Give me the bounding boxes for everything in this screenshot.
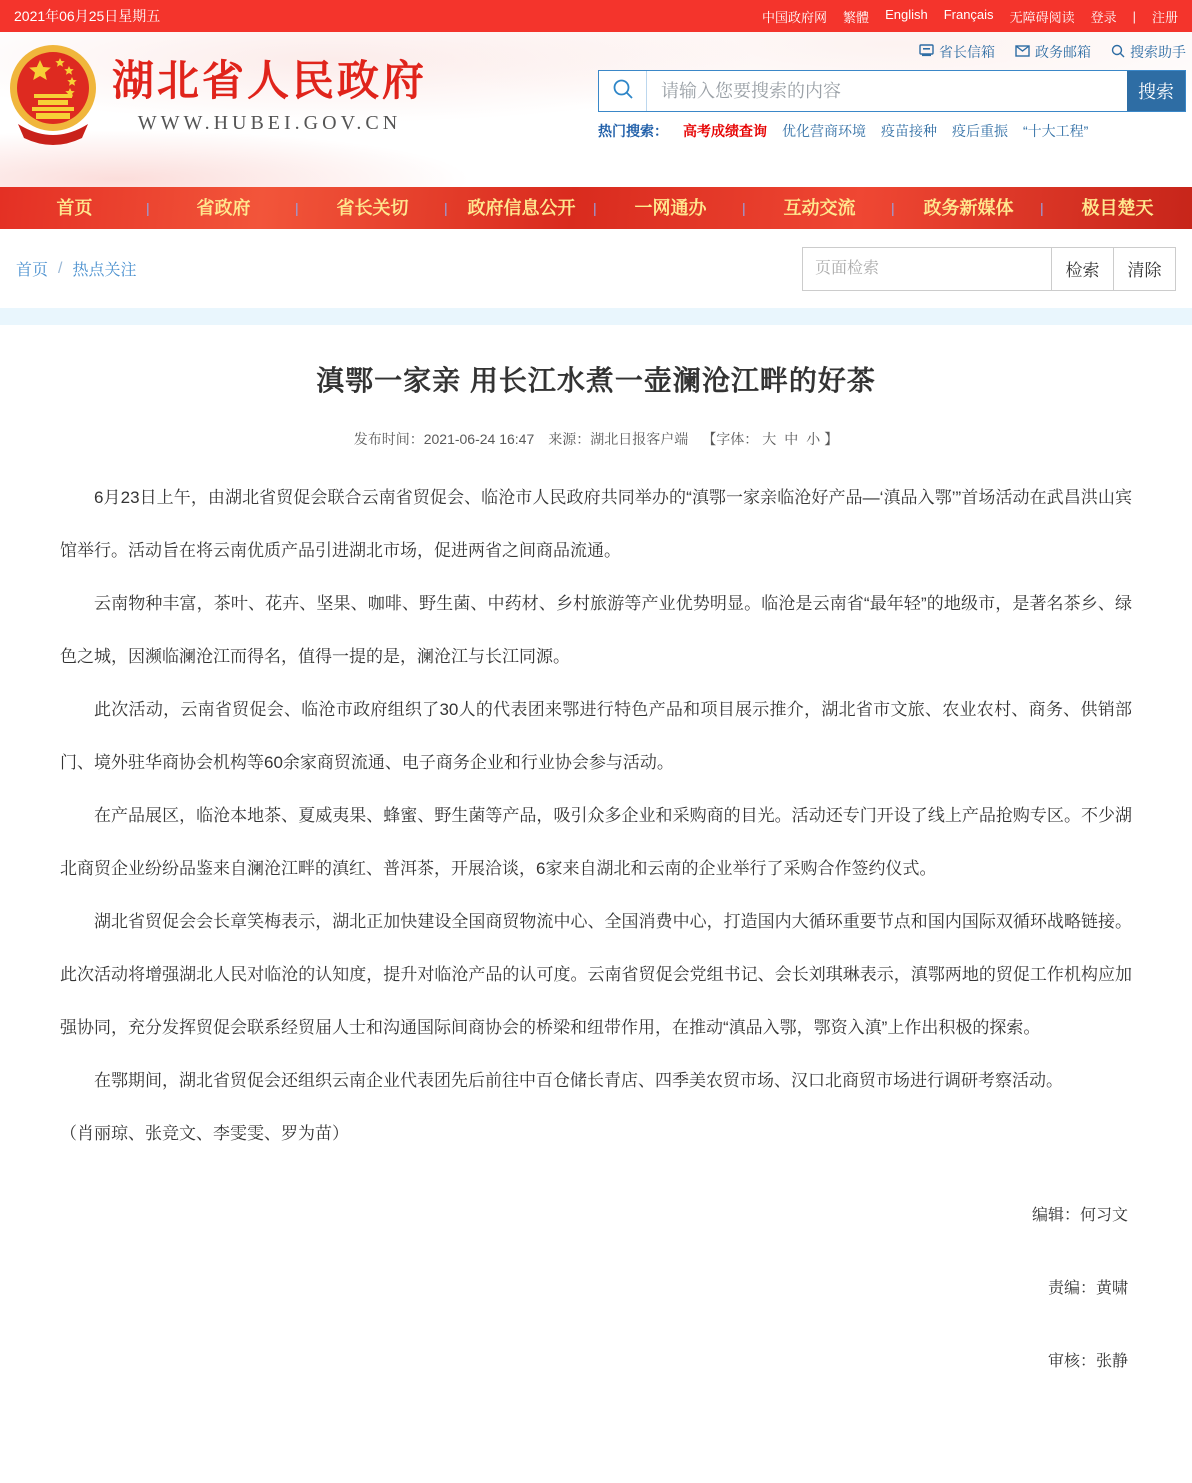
article-paragraph: 在产品展区，临沧本地茶、夏威夷果、蜂蜜、野生菌等产品，吸引众多企业和采购商的目光…: [60, 789, 1132, 895]
main-nav: 首页省政府省长关切政府信息公开一网通办互动交流政务新媒体极目楚天: [0, 187, 1192, 229]
hot-search-links: 优化营商环境疫苗接种疫后重振“十大工程”: [782, 121, 1088, 141]
page-search: 检索 清除: [802, 247, 1176, 291]
nav-item[interactable]: 一网通办: [596, 187, 745, 229]
site-ident: 湖北省人民政府 WWW.HUBEI.GOV.CN: [112, 58, 427, 135]
font-size-link[interactable]: 小: [806, 429, 820, 449]
search-button[interactable]: 搜索: [1127, 71, 1185, 111]
hot-search-link[interactable]: 疫后重振: [952, 121, 1008, 141]
article-paragraph: 6月23日上午，由湖北省贸促会联合云南省贸促会、临沧市人民政府共同举办的“滇鄂一…: [60, 471, 1132, 577]
mail-icon: [1015, 44, 1030, 60]
nav-item[interactable]: 省长关切: [298, 187, 447, 229]
article-paragraph: 湖北省贸促会会长章笑梅表示，湖北正加快建设全国商贸物流中心、全国消费中心，打造国…: [60, 895, 1132, 1054]
font-size-links: 大中小: [758, 429, 824, 449]
topbar-link[interactable]: 无障碍阅读: [1010, 7, 1075, 26]
site-name: 湖北省人民政府: [112, 58, 427, 104]
topbar-links: 中国政府网繁體EnglishFrançais无障碍阅读 登录 | 注册: [762, 7, 1178, 26]
page-search-button[interactable]: 检索: [1051, 248, 1113, 290]
page-search-input[interactable]: [803, 248, 1051, 290]
nav-item[interactable]: 政务新媒体: [894, 187, 1043, 229]
topbar: 2021年06月25日星期五 中国政府网繁體EnglishFrançais无障碍…: [0, 0, 1192, 32]
article-paragraph: 在鄂期间，湖北省贸促会还组织云南企业代表团先后前往中百仓储长青店、四季美农贸市场…: [60, 1054, 1132, 1107]
utility-link-label: 省长信箱: [939, 42, 995, 62]
article-paragraph: 云南物种丰富，茶叶、花卉、坚果、咖啡、野生菌、中药材、乡村旅游等产业优势明显。临…: [60, 577, 1132, 683]
login-link[interactable]: 登录: [1091, 7, 1117, 26]
breadcrumb-current[interactable]: 热点关注: [72, 257, 136, 280]
font-size-link[interactable]: 大: [762, 429, 776, 449]
publish-time: 发布时间：2021-06-24 16:47: [354, 429, 535, 449]
utility-link-label: 政务邮箱: [1035, 42, 1091, 62]
font-size-link[interactable]: 中: [784, 429, 798, 449]
mailbox-icon: [919, 44, 934, 60]
hot-search-highlight-link[interactable]: 高考成绩查询: [683, 121, 767, 141]
search-assistant-icon: [1111, 44, 1125, 61]
article-paragraph: 此次活动，云南省贸促会、临沧市政府组织了30人的代表团来鄂进行特色产品和项目展示…: [60, 683, 1132, 789]
nav-item[interactable]: 互动交流: [745, 187, 894, 229]
hot-search-link[interactable]: 优化营商环境: [782, 121, 866, 141]
topbar-date: 2021年06月25日星期五: [14, 6, 160, 26]
hot-search-link[interactable]: 疫苗接种: [881, 121, 937, 141]
editor-line: 审核：张静: [60, 1348, 1128, 1371]
utility-link-label: 搜索助手: [1130, 42, 1186, 62]
search-icon-cell: [599, 71, 647, 111]
site-search-bar: 搜索: [598, 70, 1186, 112]
topbar-link[interactable]: English: [885, 7, 928, 26]
editor-line: 编辑：何习文: [60, 1202, 1128, 1225]
breadcrumb-separator: /: [58, 260, 62, 278]
article-title: 滇鄂一家亲 用长江水煮一壶澜沧江畔的好茶: [60, 359, 1132, 399]
nav-item[interactable]: 政府信息公开: [447, 187, 596, 229]
header-right: 省长信箱 政务邮箱 搜索助手 搜索: [598, 40, 1186, 141]
site-url: WWW.HUBEI.GOV.CN: [112, 112, 427, 135]
register-link[interactable]: 注册: [1152, 7, 1178, 26]
editor-line: 责编：黄啸: [60, 1275, 1128, 1298]
divider-band: [0, 308, 1192, 325]
site-header: 湖北省人民政府 WWW.HUBEI.GOV.CN 省长信箱 政务邮箱 搜索助: [0, 32, 1192, 187]
national-emblem-logo: [8, 38, 98, 151]
search-assistant-link[interactable]: 搜索助手: [1111, 42, 1186, 62]
hot-search-row: 热门搜索： 高考成绩查询 优化营商环境疫苗接种疫后重振“十大工程”: [598, 121, 1186, 141]
article: 滇鄂一家亲 用长江水煮一壶澜沧江畔的好茶 发布时间：2021-06-24 16:…: [0, 359, 1192, 1401]
pipe-separator: |: [1133, 9, 1136, 24]
topbar-link[interactable]: 繁體: [843, 7, 869, 26]
article-body: 6月23日上午，由湖北省贸促会联合云南省贸促会、临沧市人民政府共同举办的“滇鄂一…: [60, 471, 1132, 1107]
governor-mailbox-link[interactable]: 省长信箱: [919, 42, 995, 62]
gov-mail-link[interactable]: 政务邮箱: [1015, 42, 1091, 62]
page-search-clear-button[interactable]: 清除: [1113, 248, 1175, 290]
font-size-suffix: 】: [824, 429, 838, 449]
font-size-control: 【字体： 大中小 】: [702, 429, 838, 449]
topbar-link-list: 中国政府网繁體EnglishFrançais无障碍阅读: [762, 7, 1075, 26]
topbar-link[interactable]: Français: [944, 7, 994, 26]
utility-row: 省长信箱 政务邮箱 搜索助手: [598, 40, 1186, 64]
nav-item[interactable]: 首页: [0, 187, 149, 229]
topbar-link[interactable]: 中国政府网: [762, 7, 827, 26]
article-signature: （肖丽琼、张竞文、李雯雯、罗为苗）: [60, 1107, 1132, 1160]
search-input[interactable]: [647, 71, 1127, 111]
search-icon: [612, 78, 634, 105]
breadcrumb: 首页 / 热点关注: [16, 257, 136, 280]
article-meta: 发布时间：2021-06-24 16:47 来源：湖北日报客户端 【字体： 大中…: [60, 429, 1132, 449]
article-source: 来源：湖北日报客户端: [548, 429, 688, 449]
breadcrumb-row: 首页 / 热点关注 检索 清除: [0, 229, 1192, 308]
nav-item[interactable]: 极目楚天: [1043, 187, 1192, 229]
hot-search-label: 热门搜索：: [598, 121, 668, 141]
breadcrumb-home-link[interactable]: 首页: [16, 257, 48, 280]
hot-search-link[interactable]: “十大工程”: [1023, 121, 1088, 141]
nav-item[interactable]: 省政府: [149, 187, 298, 229]
editor-block: 编辑：何习文责编：黄啸审核：张静: [60, 1202, 1132, 1371]
font-size-prefix: 【字体：: [702, 429, 758, 449]
